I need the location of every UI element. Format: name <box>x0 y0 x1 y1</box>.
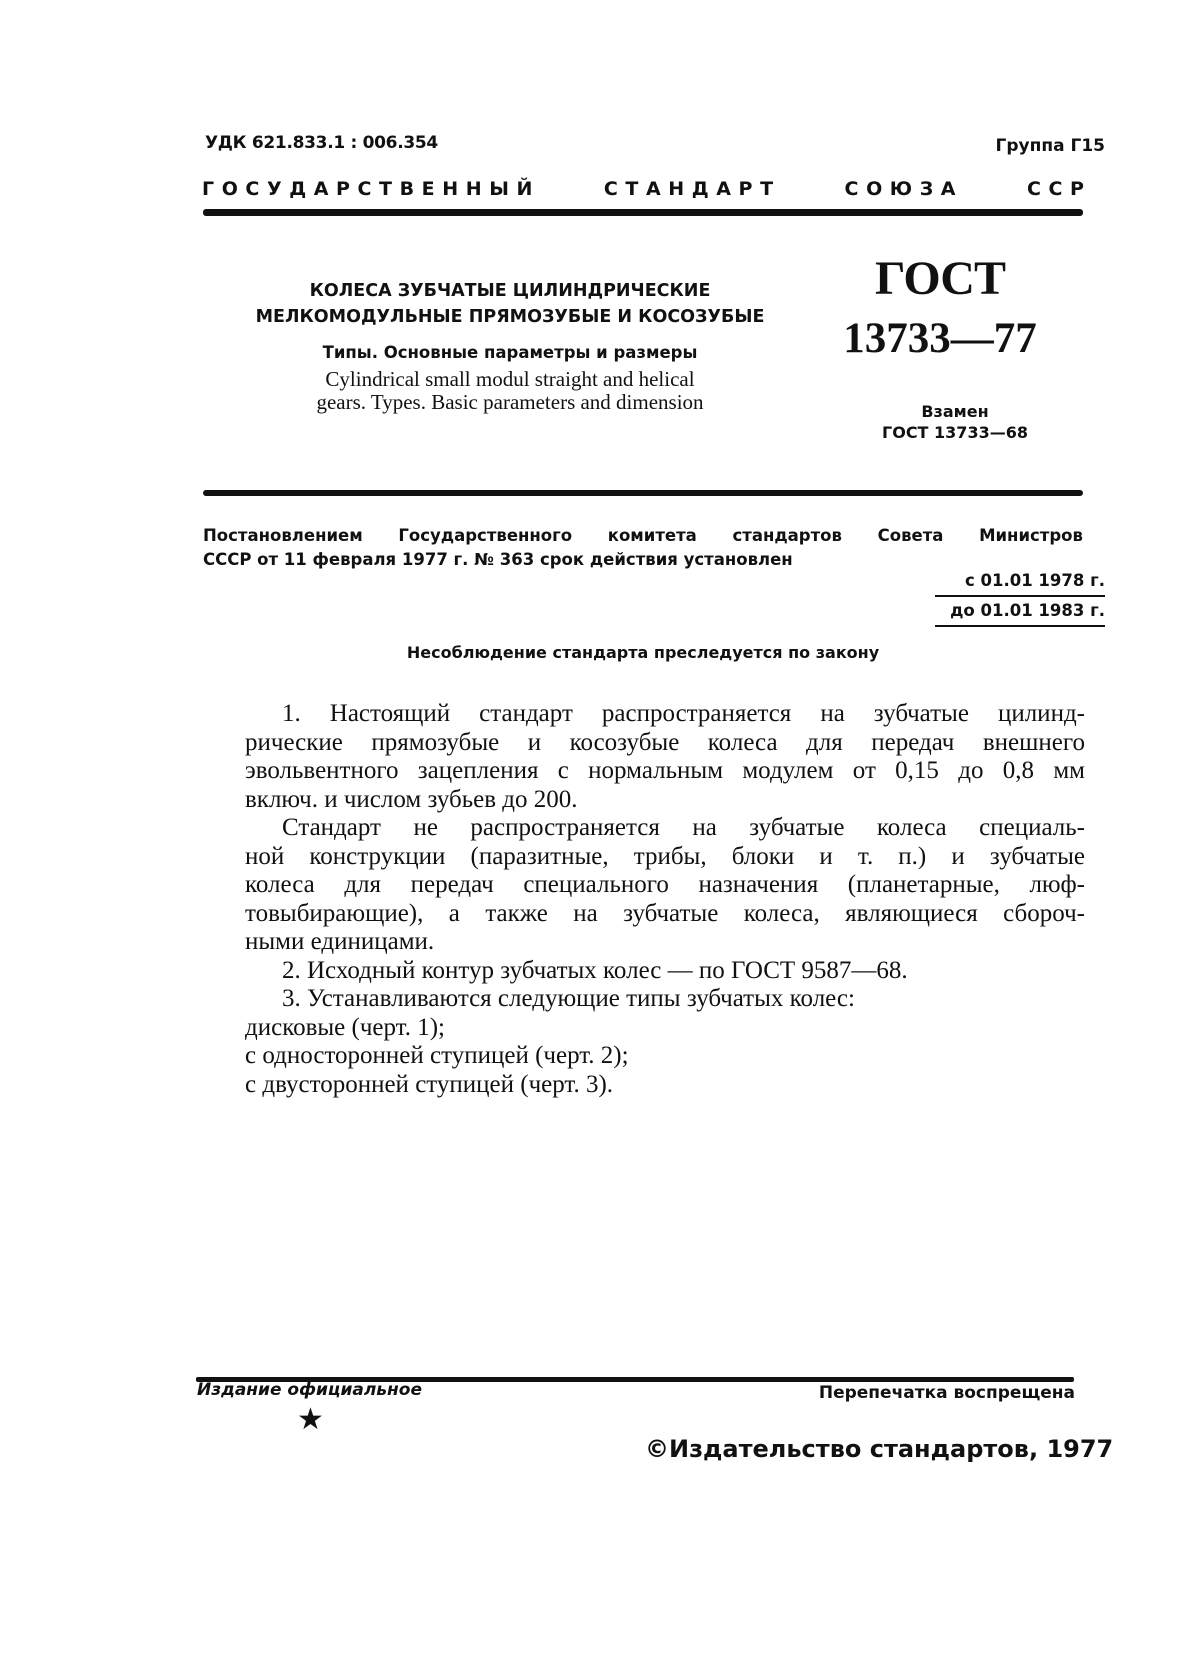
decree-word: стандартов <box>732 524 842 548</box>
text-line: товыбирающие), а также на зубчатые колес… <box>245 900 1085 929</box>
text-line: ной конструкции (паразитные, трибы, блок… <box>245 843 1085 872</box>
paragraph-2: Стандарт не распространяется на зубчатые… <box>245 814 1085 957</box>
paragraph-3: 2. Исходный контур зубчатых колес — по Г… <box>245 957 1085 986</box>
type-item: с односторонней ступицей (черт. 2); <box>245 1042 1085 1071</box>
date-to: до 01.01 1983 г. <box>935 599 1105 627</box>
title-block: КОЛЕСА ЗУБЧАТЫЕ ЦИЛИНДРИЧЕСКИЕ МЕЛКОМОДУ… <box>225 278 795 414</box>
english-title-line-1: Cylindrical small modul straight and hel… <box>325 367 694 391</box>
subtitle: Типы. Основные параметры и размеры <box>225 343 795 362</box>
banner-word: Г О С У Д А Р С Т В Е Н Н Ы Й <box>202 178 532 200</box>
text-line: рические прямозубые и косозубые колеса д… <box>245 729 1085 758</box>
replaces-label: Взамен <box>850 401 1060 422</box>
text-line: колеса для передач специального назначен… <box>245 871 1085 900</box>
type-item: с двусторонней ступицей (черт. 3). <box>245 1071 1085 1100</box>
star-icon: ★ <box>297 1402 324 1437</box>
banner-word: С Т А Н Д А Р Т <box>604 178 773 200</box>
gost-number: 13733—77 <box>840 314 1040 364</box>
banner-word: С С Р <box>1027 178 1084 200</box>
state-standard-banner: Г О С У Д А Р С Т В Е Н Н Ы ЙС Т А Н Д А… <box>202 178 1084 200</box>
date-from: с 01.01 1978 г. <box>935 569 1105 597</box>
copyright: ©Издательство стандартов, 1977 <box>645 1435 1113 1463</box>
gost-word: ГОСТ <box>840 252 1040 306</box>
decree-line-1: ПостановлениемГосударственногокомитетаст… <box>203 524 1083 548</box>
english-title: Cylindrical small modul straight and hel… <box>225 368 795 414</box>
paragraph-1: 1. Настоящий стандарт распространяется н… <box>245 700 1085 814</box>
decree-word: комитета <box>608 524 697 548</box>
paragraph-4: 3. Устанавливаются следующие типы зубчат… <box>245 985 1085 1014</box>
decree-word: Постановлением <box>203 524 363 548</box>
replaces-value: ГОСТ 13733—68 <box>850 422 1060 443</box>
type-item: дисковые (черт. 1); <box>245 1014 1085 1043</box>
decree-word: Совета <box>878 524 944 548</box>
official-edition: Издание официальное <box>197 1380 422 1400</box>
decree-text: ПостановлениемГосударственногокомитетаст… <box>203 524 1083 572</box>
title-line-2: МЕЛКОМОДУЛЬНЫЕ ПРЯМОЗУБЫЕ И КОСОЗУБЫЕ <box>225 304 795 330</box>
middle-divider <box>203 490 1083 496</box>
body-text: 1. Настоящий стандарт распространяется н… <box>245 700 1085 1099</box>
gost-designation: ГОСТ 13733—77 <box>840 252 1040 364</box>
top-divider <box>203 209 1083 216</box>
validity-dates: с 01.01 1978 г. до 01.01 1983 г. <box>935 569 1105 627</box>
title-line-1: КОЛЕСА ЗУБЧАТЫЕ ЦИЛИНДРИЧЕСКИЕ <box>225 278 795 304</box>
text-line: ными единицами. <box>245 928 1085 957</box>
banner-word: С О Ю З А <box>845 178 956 200</box>
text-line: включ. и числом зубьев до 200. <box>245 786 1085 815</box>
udk-code: УДК 621.833.1 : 006.354 <box>205 133 438 153</box>
replaces-block: Взамен ГОСТ 13733—68 <box>850 401 1060 443</box>
decree-word: Министров <box>979 524 1083 548</box>
law-notice: Несоблюдение стандарта преследуется по з… <box>203 643 1083 662</box>
text-line: Стандарт не распространяется на зубчатые… <box>245 814 1085 843</box>
text-line: эвольвентного зацепления с нормальным мо… <box>245 757 1085 786</box>
text-line: 1. Настоящий стандарт распространяется н… <box>245 700 1085 729</box>
types-list: дисковые (черт. 1);с односторонней ступи… <box>245 1014 1085 1100</box>
group-code: Группа Г15 <box>996 136 1105 156</box>
english-title-line-2: gears. Types. Basic parameters and dimen… <box>316 390 703 414</box>
decree-word: Государственного <box>398 524 572 548</box>
reprint-prohibited: Перепечатка воспрещена <box>819 1383 1075 1403</box>
